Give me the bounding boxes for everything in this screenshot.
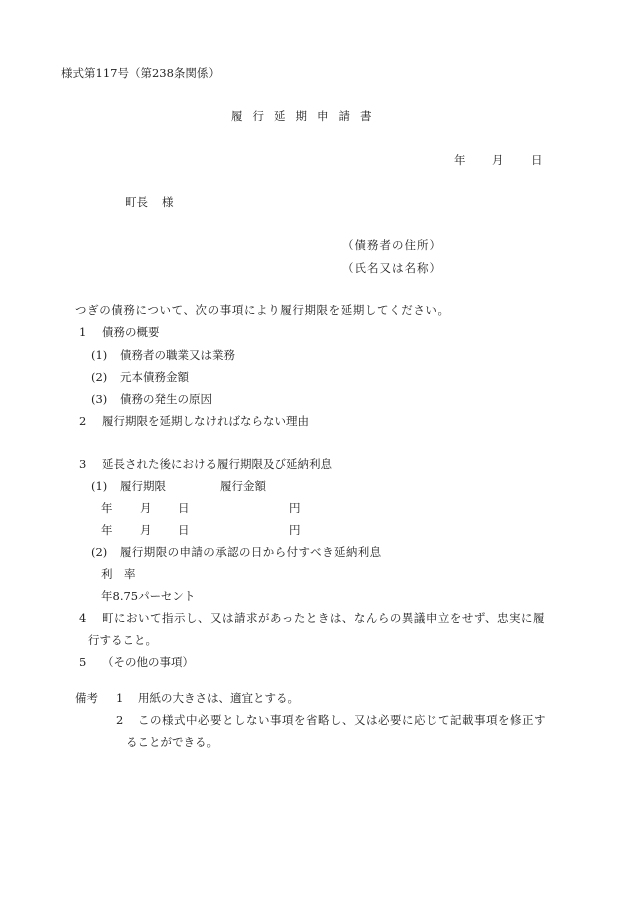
section-3-number: 3 <box>79 457 86 471</box>
interest-rate-value: 年8.75パーセント <box>101 589 195 603</box>
section-1-item-1-number: (1) <box>91 348 107 362</box>
intro-text: つぎの債務について、次の事項により履行期限を延期してください。 <box>75 303 450 317</box>
section-1-item-2-text: 元本債務金額 <box>120 370 189 384</box>
interest-rate-label: 利 率 <box>101 567 136 581</box>
note-1-number: 1 <box>116 691 123 705</box>
section-1-item-1-text: 債務者の職業又は業務 <box>120 348 235 362</box>
note-2-line-1: この様式中必要としない事項を省略し、又は必要に応じて記載事項を修正す <box>138 713 546 727</box>
row-2-year-label: 年 <box>101 523 113 537</box>
note-2-line-2: ることができる。 <box>126 735 218 749</box>
date-day-label: 日 <box>531 153 543 167</box>
section-3-title: 延長された後における履行期限及び延納利息 <box>102 457 332 471</box>
addressee-name: 町長 <box>125 195 148 209</box>
row-2-day-label: 日 <box>178 523 190 537</box>
section-4-line-1: 町において指示し、又は請求があったときは、なんらの異議申立をせず、忠実に履 <box>102 611 545 625</box>
section-3-item-2-number: (2) <box>91 545 107 559</box>
section-5-text: （その他の事項） <box>102 655 194 669</box>
section-3-item-1-number: (1) <box>91 479 107 493</box>
document-title: 履行延期申請書 <box>231 109 382 123</box>
section-1-title: 債務の概要 <box>102 325 160 339</box>
section-1-item-3-number: (3) <box>91 392 107 406</box>
section-4-number: 4 <box>79 611 86 625</box>
section-1-item-2-number: (2) <box>91 370 107 384</box>
form-number: 様式第117号（第238条関係） <box>61 66 220 80</box>
date-year-label: 年 <box>454 153 466 167</box>
row-2-yen-label: 円 <box>289 523 301 537</box>
row-1-year-label: 年 <box>101 501 113 515</box>
notes-label: 備考 <box>75 691 98 705</box>
row-1-day-label: 日 <box>178 501 190 515</box>
section-3-item-2-text: 履行期限の申請の承認の日から付すべき延納利息 <box>120 545 382 559</box>
row-2-month-label: 月 <box>140 523 152 537</box>
addressee-honorific: 様 <box>162 195 174 209</box>
section-1-item-3-text: 債務の発生の原因 <box>120 392 212 406</box>
deadline-column-label: 履行期限 <box>120 479 166 493</box>
row-1-month-label: 月 <box>140 501 152 515</box>
section-2-number: 2 <box>79 414 86 428</box>
section-2-title: 履行期限を延期しなければならない理由 <box>102 414 309 428</box>
applicant-address-label: （債務者の住所） <box>342 238 442 252</box>
section-4-line-2: 行すること。 <box>88 633 157 647</box>
section-1-number: 1 <box>79 325 86 339</box>
note-2-number: 2 <box>116 713 123 727</box>
amount-column-label: 履行金額 <box>220 479 266 493</box>
row-1-yen-label: 円 <box>289 501 301 515</box>
date-month-label: 月 <box>492 153 504 167</box>
note-1-text: 用紙の大きさは、適宜とする。 <box>138 691 299 705</box>
section-5-number: 5 <box>79 655 86 669</box>
applicant-name-label: （氏名又は名称） <box>342 261 442 275</box>
